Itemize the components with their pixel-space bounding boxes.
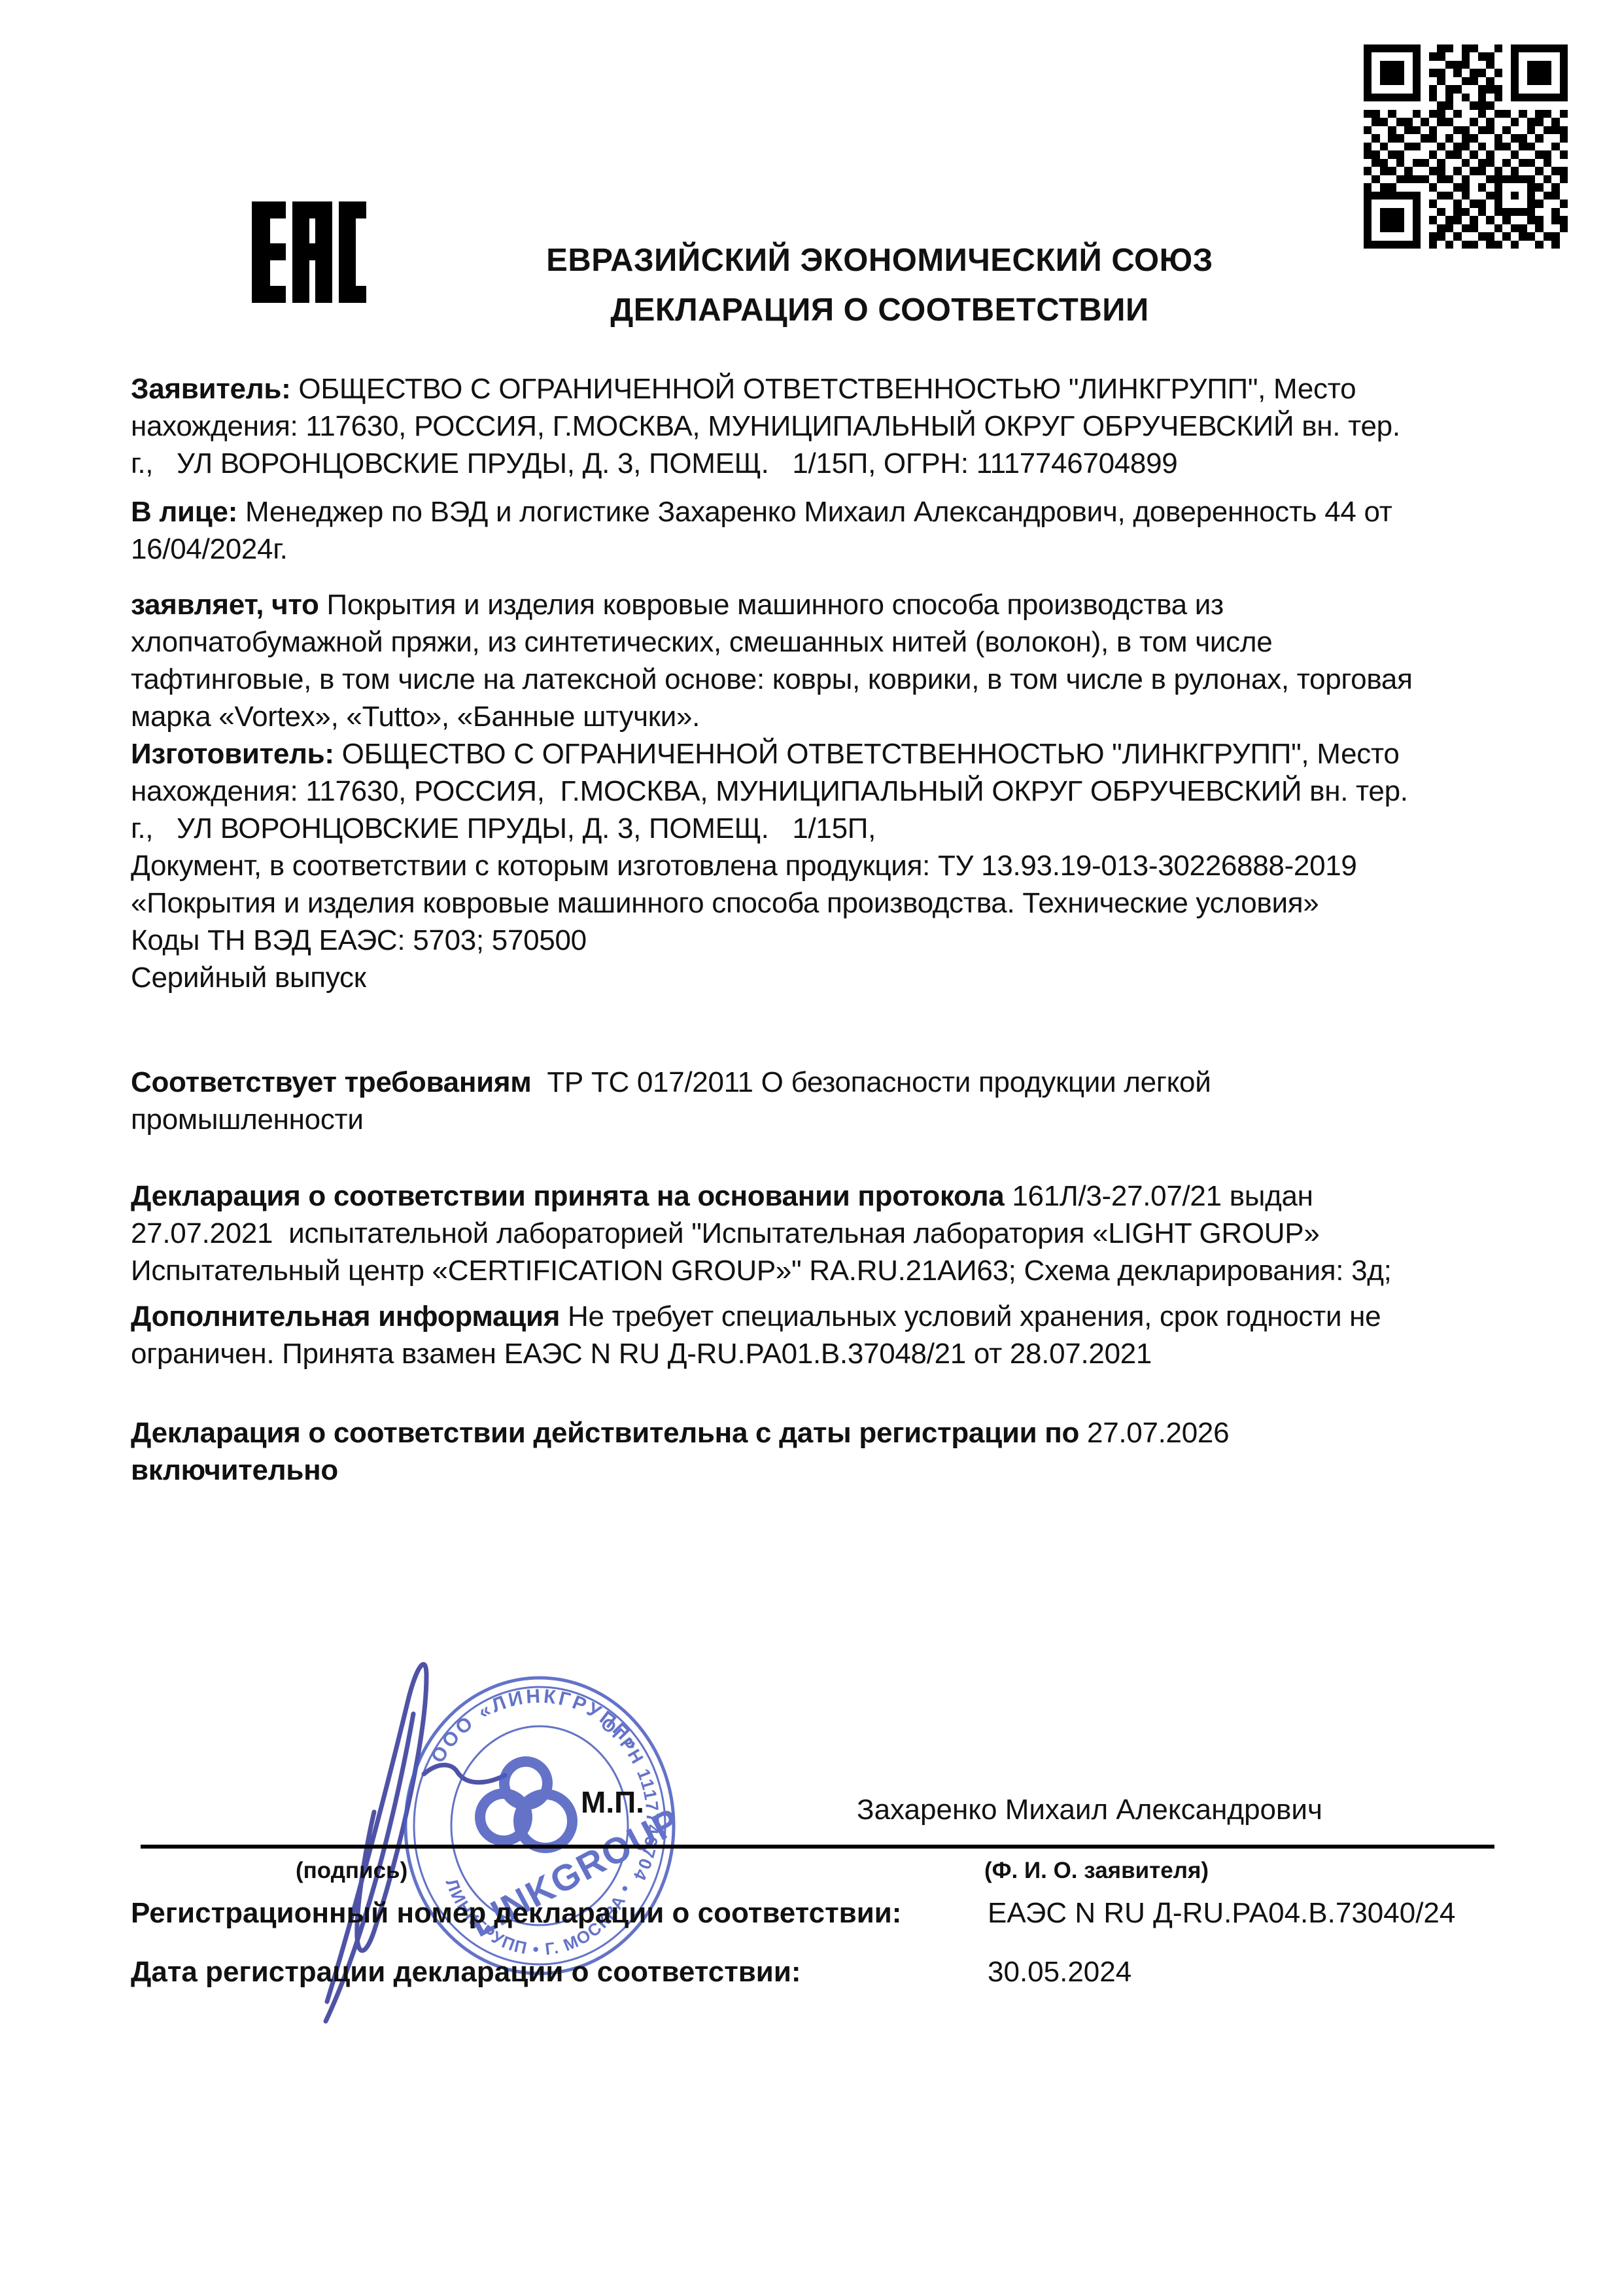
qr-module: [1380, 110, 1388, 118]
stamp-place-label: М.П.: [581, 1784, 644, 1820]
qr-module: [1413, 208, 1421, 216]
qr-module: [1380, 77, 1388, 85]
qr-module: [1380, 200, 1388, 207]
qr-module: [1486, 167, 1494, 175]
qr-module: [1486, 200, 1494, 207]
document-title: ДЕКЛАРАЦИЯ О СООТВЕТСТВИИ: [193, 292, 1566, 328]
qr-module: [1511, 126, 1519, 134]
qr-module: [1372, 175, 1379, 183]
qr-module: [1486, 183, 1494, 191]
qr-module: [1462, 200, 1470, 207]
qr-module: [1551, 118, 1559, 126]
qr-module: [1470, 143, 1477, 150]
qr-module: [1413, 216, 1421, 224]
qr-module: [1380, 61, 1388, 69]
qr-module: [1470, 192, 1477, 200]
qr-module: [1535, 183, 1543, 191]
qr-module: [1380, 159, 1388, 167]
qr-module: [1527, 69, 1535, 77]
qr-module: [1364, 94, 1372, 101]
qr-module: [1470, 150, 1477, 158]
qr-module: [1388, 94, 1396, 101]
qr-module: [1429, 134, 1437, 142]
qr-module: [1551, 85, 1559, 93]
qr-module: [1519, 232, 1527, 240]
qr-module: [1511, 208, 1519, 216]
qr-module: [1494, 134, 1502, 142]
qr-module: [1551, 208, 1559, 216]
qr-module: [1380, 183, 1388, 191]
qr-module: [1486, 44, 1494, 52]
qr-module: [1421, 167, 1428, 175]
qr-module: [1478, 61, 1486, 69]
qr-module: [1478, 85, 1486, 93]
qr-module: [1462, 61, 1470, 69]
qr-module: [1502, 224, 1510, 232]
qr-module: [1535, 110, 1543, 118]
qr-module: [1486, 208, 1494, 216]
qr-module: [1445, 94, 1453, 101]
qr-module: [1519, 110, 1527, 118]
qr-module: [1494, 159, 1502, 167]
union-title: ЕВРАЗИЙСКИЙ ЭКОНОМИЧЕСКИЙ СОЮЗ: [193, 242, 1566, 279]
qr-module: [1388, 110, 1396, 118]
qr-module: [1413, 167, 1421, 175]
qr-module: [1519, 69, 1527, 77]
qr-module: [1396, 126, 1404, 134]
qr-module: [1560, 150, 1568, 158]
qr-module: [1445, 208, 1453, 216]
qr-module: [1502, 192, 1510, 200]
qr-module: [1380, 224, 1388, 232]
qr-module: [1544, 175, 1551, 183]
qr-module: [1535, 118, 1543, 126]
qr-module: [1453, 232, 1461, 240]
qr-module: [1486, 192, 1494, 200]
qr-module: [1494, 101, 1502, 109]
qr-module: [1372, 208, 1379, 216]
qr-module: [1527, 110, 1535, 118]
qr-module: [1544, 159, 1551, 167]
qr-module: [1519, 167, 1527, 175]
validity-date: 27.07.2026: [1079, 1417, 1229, 1449]
qr-module: [1372, 69, 1379, 77]
qr-module: [1502, 183, 1510, 191]
qr-module: [1453, 150, 1461, 158]
qr-module: [1372, 52, 1379, 60]
qr-module: [1453, 134, 1461, 142]
qr-module: [1380, 69, 1388, 77]
qr-module: [1437, 110, 1445, 118]
qr-module: [1453, 183, 1461, 191]
qr-module: [1527, 134, 1535, 142]
qr-module: [1535, 216, 1543, 224]
qr-module: [1462, 126, 1470, 134]
qr-module: [1470, 216, 1477, 224]
qr-module: [1544, 52, 1551, 60]
qr-module: [1527, 118, 1535, 126]
qr-module: [1527, 183, 1535, 191]
qr-module: [1413, 61, 1421, 69]
qr-module: [1502, 110, 1510, 118]
qr-module: [1421, 216, 1428, 224]
qr-module: [1388, 134, 1396, 142]
qr-module: [1494, 175, 1502, 183]
qr-module: [1551, 143, 1559, 150]
qr-module: [1445, 200, 1453, 207]
qr-module: [1519, 52, 1527, 60]
qr-module: [1413, 150, 1421, 158]
qr-module: [1494, 69, 1502, 77]
qr-module: [1437, 44, 1445, 52]
qr-module: [1421, 126, 1428, 134]
qr-module: [1364, 159, 1372, 167]
qr-module: [1478, 216, 1486, 224]
qr-module: [1380, 126, 1388, 134]
qr-module: [1527, 52, 1535, 60]
qr-module: [1404, 52, 1412, 60]
qr-module: [1486, 61, 1494, 69]
qr-module: [1437, 77, 1445, 85]
qr-module: [1527, 44, 1535, 52]
qr-module: [1453, 143, 1461, 150]
qr-module: [1535, 167, 1543, 175]
qr-module: [1519, 192, 1527, 200]
qr-module: [1388, 167, 1396, 175]
qr-module: [1372, 110, 1379, 118]
qr-module: [1519, 44, 1527, 52]
qr-module: [1511, 110, 1519, 118]
qr-module: [1470, 208, 1477, 216]
qr-module: [1462, 44, 1470, 52]
qr-module: [1421, 77, 1428, 85]
qr-module: [1413, 94, 1421, 101]
qr-module: [1421, 200, 1428, 207]
qr-module: [1396, 200, 1404, 207]
applicant-text: ОБЩЕСТВО С ОГРАНИЧЕННОЙ ОТВЕТСТВЕННОСТЬЮ…: [131, 373, 1400, 479]
qr-module: [1413, 110, 1421, 118]
qr-module: [1470, 52, 1477, 60]
qr-module: [1560, 77, 1568, 85]
qr-module: [1519, 159, 1527, 167]
qr-module: [1445, 85, 1453, 93]
qr-module: [1551, 159, 1559, 167]
qr-module: [1478, 232, 1486, 240]
qr-module: [1511, 200, 1519, 207]
qr-module: [1364, 69, 1372, 77]
qr-module: [1372, 232, 1379, 240]
qr-module: [1380, 167, 1388, 175]
qr-module: [1544, 150, 1551, 158]
qr-module: [1404, 94, 1412, 101]
qr-module: [1396, 110, 1404, 118]
qr-module: [1511, 183, 1519, 191]
qr-module: [1462, 101, 1470, 109]
qr-module: [1544, 61, 1551, 69]
qr-module: [1551, 167, 1559, 175]
qr-module: [1486, 224, 1494, 232]
qr-module: [1560, 85, 1568, 93]
qr-module: [1380, 134, 1388, 142]
qr-module: [1364, 134, 1372, 142]
qr-module: [1437, 69, 1445, 77]
qr-module: [1560, 94, 1568, 101]
qr-module: [1527, 77, 1535, 85]
qr-module: [1470, 183, 1477, 191]
qr-module: [1388, 200, 1396, 207]
qr-module: [1364, 167, 1372, 175]
qr-module: [1527, 143, 1535, 150]
qr-module: [1388, 150, 1396, 158]
qr-module: [1372, 200, 1379, 207]
qr-module: [1527, 192, 1535, 200]
qr-module: [1560, 110, 1568, 118]
qr-module: [1445, 61, 1453, 69]
qr-module: [1527, 200, 1535, 207]
qr-module: [1560, 224, 1568, 232]
qr-module: [1364, 150, 1372, 158]
qr-module: [1396, 183, 1404, 191]
qr-module: [1364, 224, 1372, 232]
qr-module: [1421, 52, 1428, 60]
qr-module: [1404, 118, 1412, 126]
qr-module: [1551, 101, 1559, 109]
qr-module: [1470, 224, 1477, 232]
qr-module: [1445, 150, 1453, 158]
qr-module: [1445, 77, 1453, 85]
qr-module: [1429, 44, 1437, 52]
qr-module: [1429, 200, 1437, 207]
qr-module: [1486, 216, 1494, 224]
qr-module: [1511, 69, 1519, 77]
qr-module: [1511, 143, 1519, 150]
qr-module: [1421, 61, 1428, 69]
qr-module: [1519, 175, 1527, 183]
qr-module: [1380, 101, 1388, 109]
qr-module: [1527, 126, 1535, 134]
qr-module: [1486, 159, 1494, 167]
qr-module: [1502, 134, 1510, 142]
qr-module: [1413, 77, 1421, 85]
qr-module: [1535, 175, 1543, 183]
qr-module: [1502, 167, 1510, 175]
qr-module: [1527, 216, 1535, 224]
qr-module: [1486, 69, 1494, 77]
qr-module: [1511, 192, 1519, 200]
qr-module: [1519, 200, 1527, 207]
qr-module: [1372, 224, 1379, 232]
qr-module: [1560, 183, 1568, 191]
qr-module: [1404, 44, 1412, 52]
qr-module: [1453, 159, 1461, 167]
qr-module: [1380, 175, 1388, 183]
qr-module: [1544, 208, 1551, 216]
qr-module: [1364, 118, 1372, 126]
qr-module: [1429, 94, 1437, 101]
qr-module: [1388, 101, 1396, 109]
qr-module: [1494, 85, 1502, 93]
qr-module: [1396, 52, 1404, 60]
qr-module: [1519, 118, 1527, 126]
qr-module: [1380, 52, 1388, 60]
qr-module: [1421, 69, 1428, 77]
qr-module: [1413, 224, 1421, 232]
registration-date-value: 30.05.2024: [988, 1956, 1131, 1989]
qr-module: [1404, 216, 1412, 224]
qr-module: [1551, 200, 1559, 207]
qr-module: [1519, 77, 1527, 85]
serial-issue: Серийный выпуск: [131, 962, 366, 994]
qr-module: [1478, 44, 1486, 52]
qr-module: [1551, 175, 1559, 183]
qr-module: [1544, 94, 1551, 101]
qr-module: [1445, 232, 1453, 240]
qr-module: [1364, 44, 1372, 52]
qr-module: [1372, 143, 1379, 150]
qr-module: [1380, 232, 1388, 240]
qr-module: [1388, 44, 1396, 52]
qr-module: [1445, 216, 1453, 224]
qr-module: [1396, 167, 1404, 175]
qr-module: [1502, 52, 1510, 60]
qr-module: [1445, 183, 1453, 191]
qr-module: [1364, 232, 1372, 240]
qr-module: [1364, 52, 1372, 60]
qr-module: [1396, 94, 1404, 101]
qr-module: [1364, 183, 1372, 191]
qr-module: [1511, 150, 1519, 158]
qr-module: [1364, 61, 1372, 69]
protocol-label: Декларация о соответствии принята на осн…: [131, 1180, 1004, 1212]
manufacturer-label: Изготовитель:: [131, 738, 334, 770]
qr-module: [1413, 101, 1421, 109]
qr-module: [1429, 175, 1437, 183]
qr-module: [1494, 200, 1502, 207]
qr-module: [1364, 175, 1372, 183]
qr-module: [1364, 110, 1372, 118]
qr-module: [1462, 216, 1470, 224]
qr-module: [1551, 216, 1559, 224]
qr-module: [1388, 232, 1396, 240]
qr-module: [1404, 77, 1412, 85]
qr-module: [1462, 52, 1470, 60]
qr-module: [1527, 101, 1535, 109]
qr-module: [1364, 208, 1372, 216]
qr-module: [1535, 134, 1543, 142]
qr-module: [1462, 134, 1470, 142]
qr-module: [1364, 143, 1372, 150]
qr-module: [1519, 85, 1527, 93]
qr-module: [1453, 85, 1461, 93]
qr-module: [1519, 126, 1527, 134]
qr-module: [1396, 224, 1404, 232]
qr-module: [1421, 183, 1428, 191]
qr-module: [1470, 110, 1477, 118]
qr-module: [1396, 143, 1404, 150]
qr-module: [1478, 69, 1486, 77]
qr-module: [1413, 159, 1421, 167]
qr-module: [1364, 192, 1372, 200]
qr-module: [1535, 126, 1543, 134]
qr-module: [1502, 208, 1510, 216]
qr-module: [1404, 232, 1412, 240]
qr-module: [1551, 183, 1559, 191]
qr-module: [1421, 85, 1428, 93]
qr-module: [1560, 61, 1568, 69]
qr-module: [1544, 216, 1551, 224]
qr-module: [1437, 126, 1445, 134]
qr-module: [1437, 200, 1445, 207]
qr-module: [1453, 126, 1461, 134]
qr-module: [1502, 94, 1510, 101]
qr-module: [1437, 101, 1445, 109]
qr-module: [1494, 150, 1502, 158]
qr-module: [1445, 44, 1453, 52]
qr-module: [1486, 101, 1494, 109]
qr-module: [1511, 44, 1519, 52]
qr-module: [1494, 118, 1502, 126]
qr-module: [1494, 52, 1502, 60]
qr-module: [1437, 175, 1445, 183]
qr-module: [1396, 159, 1404, 167]
qr-module: [1519, 208, 1527, 216]
qr-module: [1388, 208, 1396, 216]
qr-module: [1494, 183, 1502, 191]
qr-module: [1364, 101, 1372, 109]
qr-module: [1470, 134, 1477, 142]
qr-module: [1551, 52, 1559, 60]
qr-module: [1413, 232, 1421, 240]
qr-module: [1511, 232, 1519, 240]
qr-module: [1429, 101, 1437, 109]
qr-module: [1478, 150, 1486, 158]
qr-module: [1413, 118, 1421, 126]
qr-module: [1437, 150, 1445, 158]
qr-module: [1413, 192, 1421, 200]
qr-module: [1544, 167, 1551, 175]
qr-module: [1527, 150, 1535, 158]
qr-module: [1437, 159, 1445, 167]
additional-paragraph: Дополнительная информация Не требует спе…: [131, 1298, 1511, 1372]
qr-module: [1527, 224, 1535, 232]
qr-module: [1437, 94, 1445, 101]
qr-module: [1494, 192, 1502, 200]
qr-module: [1502, 85, 1510, 93]
qr-module: [1453, 175, 1461, 183]
qr-module: [1429, 126, 1437, 134]
qr-module: [1413, 143, 1421, 150]
qr-module: [1421, 192, 1428, 200]
qr-module: [1372, 61, 1379, 69]
qr-module: [1511, 85, 1519, 93]
qr-module: [1372, 192, 1379, 200]
qr-module: [1437, 52, 1445, 60]
qr-module: [1462, 94, 1470, 101]
qr-module: [1478, 192, 1486, 200]
qr-module: [1437, 61, 1445, 69]
qr-module: [1511, 77, 1519, 85]
qr-module: [1470, 167, 1477, 175]
qr-module: [1519, 101, 1527, 109]
validity-suffix: включительно: [131, 1454, 338, 1486]
qr-module: [1388, 143, 1396, 150]
qr-module: [1502, 175, 1510, 183]
qr-module: [1462, 208, 1470, 216]
qr-module: [1421, 94, 1428, 101]
qr-module: [1404, 200, 1412, 207]
declares-text: Покрытия и изделия ковровые машинного сп…: [131, 589, 1413, 733]
qr-module: [1527, 61, 1535, 69]
